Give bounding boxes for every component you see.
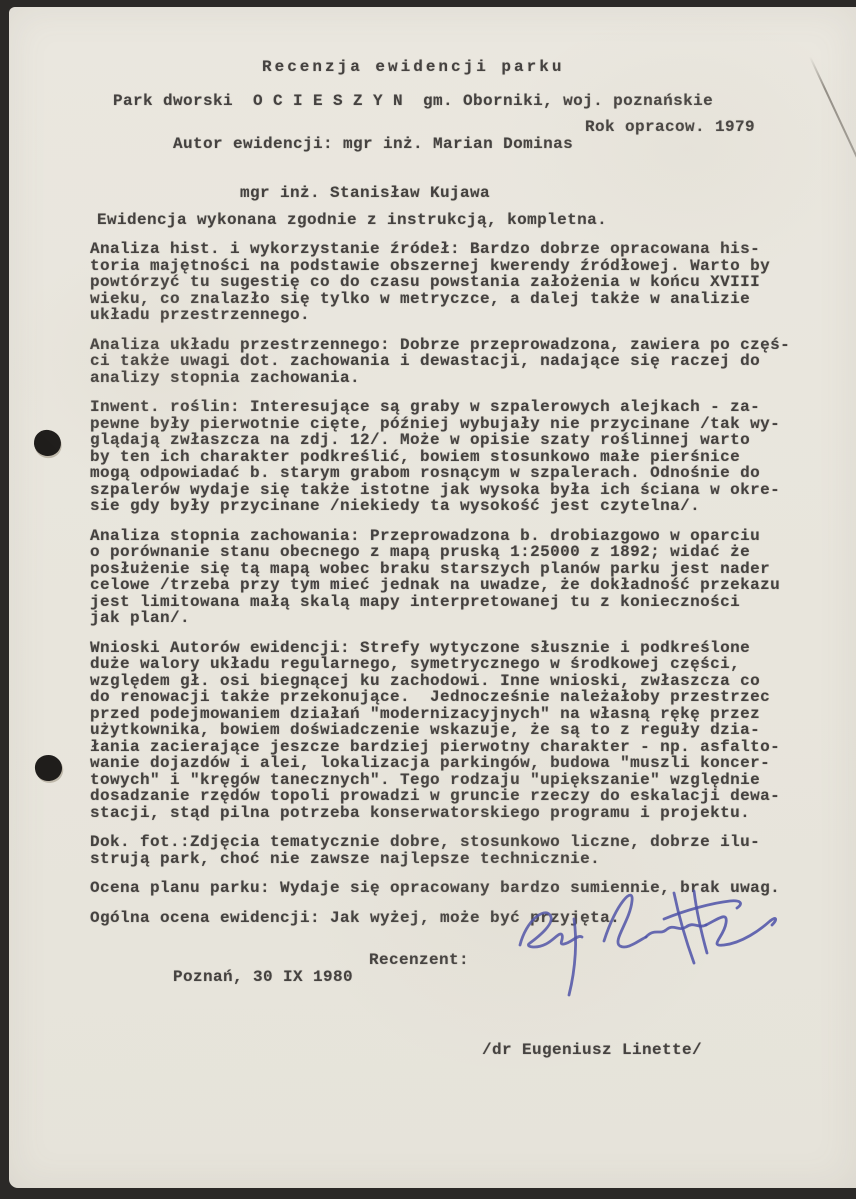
document-body: Recenzja ewidencji parku Park dworski O …	[90, 57, 806, 1059]
author-line: Autor ewidencji: mgr inż. Marian Dominas	[173, 135, 573, 153]
author-row: Autor ewidencji: mgr inż. Marian Dominas…	[113, 119, 806, 185]
place-and-date: Poznań, 30 IX 1980	[173, 968, 353, 986]
paragraph-authors-conclusions: Wnioski Autorów ewidencji: Strefy wytycz…	[90, 640, 806, 822]
document-title: Recenzja ewidencji parku	[262, 59, 806, 76]
paragraph-preservation-analysis: Analiza stopnia zachowania: Przeprowadzo…	[90, 528, 806, 627]
document-page: Recenzja ewidencji parku Park dworski O …	[9, 7, 856, 1188]
paragraph-spatial-layout-analysis: Analiza układu przestrzennego: Dobrze pr…	[90, 337, 806, 387]
hole-punch-bottom-icon	[34, 754, 64, 783]
footer-row: Poznań, 30 IX 1980 Recenzent:	[113, 952, 806, 1018]
hole-punch-top-icon	[32, 428, 62, 458]
scanned-document-screenshot: { "colors": { "paper": "#e8e5dc", "ink":…	[0, 0, 856, 1199]
intro-line: Ewidencja wykonana zgodnie z instrukcją,…	[97, 212, 806, 229]
reviewer-typed-name: /dr Eugeniusz Linette/	[482, 1042, 806, 1059]
paragraph-plant-inventory: Inwent. roślin: Interesujące są graby w …	[90, 399, 806, 515]
paragraph-plan-assessment: Ocena planu parku: Wydaje się opracowany…	[90, 880, 806, 897]
author-line-2: mgr inż. Stanisław Kujawa	[240, 185, 806, 202]
paragraph-photo-documentation: Dok. fot.:Zdjęcia tematycznie dobre, sto…	[90, 834, 806, 867]
paragraph-historical-analysis: Analiza hist. i wykorzystanie źródeł: Ba…	[90, 241, 806, 324]
year-of-elaboration: Rok opracow. 1979	[585, 119, 755, 136]
reviewer-label: Recenzent:	[369, 952, 469, 969]
paper-scratch-mark	[809, 56, 856, 164]
park-identification-line: Park dworski O C I E S Z Y N gm. Obornik…	[113, 93, 806, 110]
paragraph-overall-assessment: Ogólna ocena ewidencji: Jak wyżej, może …	[90, 910, 806, 927]
